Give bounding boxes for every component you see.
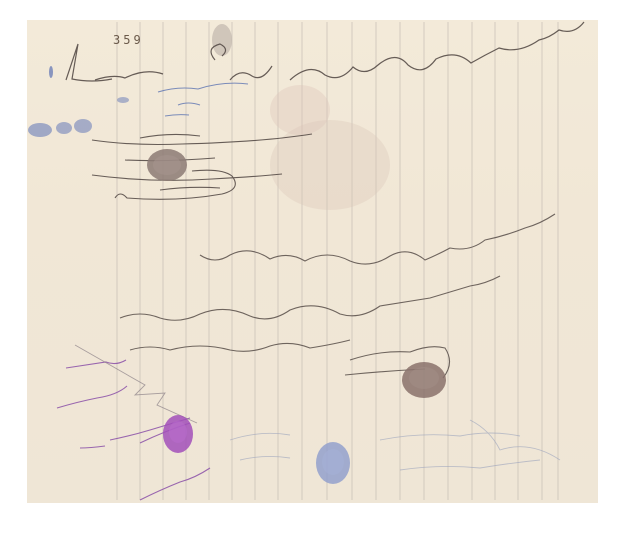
blue-header-note [158, 83, 248, 116]
body-text [120, 214, 555, 378]
faint-pencil-notes [230, 420, 560, 470]
page-number: 359 [113, 33, 144, 47]
header-line [66, 22, 584, 81]
manuscript-content [0, 0, 635, 537]
signature-flourish [75, 345, 197, 423]
